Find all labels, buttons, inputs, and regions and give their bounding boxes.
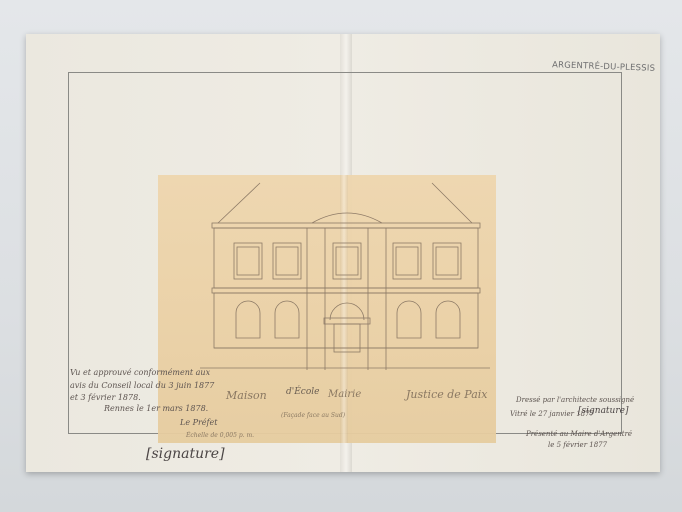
mayor-line-1: Présenté au Maire d'Argentré [526, 430, 632, 438]
approval-date: Rennes le 1er mars 1878. [104, 404, 208, 413]
architect-signature: [signature] [578, 406, 628, 416]
scale-note: Échelle de 0,005 p. m. [186, 432, 254, 439]
architect-line-1: Dressé par l'architecte soussigné [516, 396, 634, 404]
bottom-signature: [signature] [146, 446, 225, 462]
building-elevation [200, 175, 490, 375]
approval-line-3: et 3 février 1878. [70, 393, 141, 402]
prefect-label: Le Préfet [180, 418, 217, 427]
drawing-title-school: d'École [286, 387, 319, 397]
approval-line-2: avis du Conseil local du 3 juin 1877 [70, 381, 214, 390]
drawing-title: Maison [226, 389, 267, 402]
drawing-subtitle: (Façade face au Sud) [281, 412, 345, 419]
drawing-title-mairie: Mairie [328, 389, 361, 400]
drawing-title-justice: Justice de Paix [406, 388, 487, 401]
approval-line-1: Vu et approuvé conformément aux [70, 368, 210, 377]
mayor-line-2: le 5 février 1877 [548, 441, 607, 449]
